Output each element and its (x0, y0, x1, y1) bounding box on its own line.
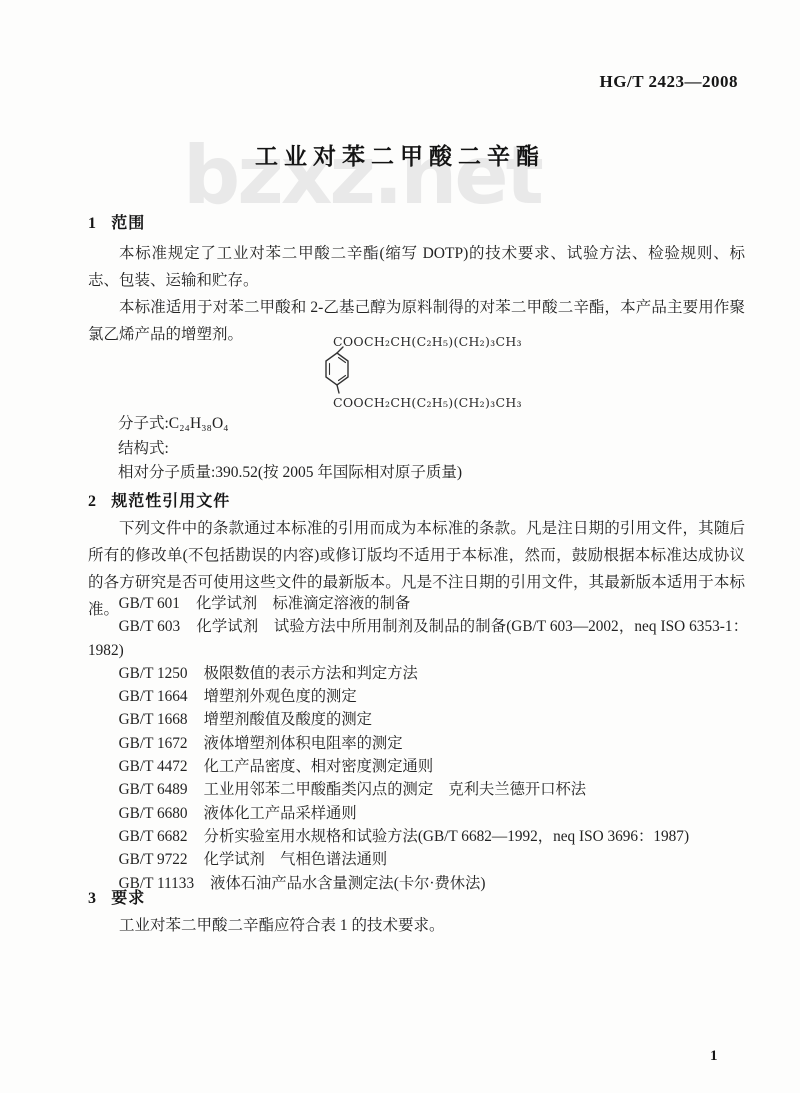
reference-title: 增塑剂酸值及酸度的测定 (204, 711, 372, 728)
section-2-heading: 2规范性引用文件 (88, 488, 230, 511)
reference-item: GB/T 9722化学试剂 气相色谱法通则 (88, 848, 748, 871)
reference-code: GB/T 6489 (119, 781, 188, 798)
reference-title: 液体石油产品水含量测定法(卡尔·费休法) (210, 875, 485, 892)
chemical-structure-diagram: COOCH₂CH(C₂H₅)(CH₂)₃CH₃ COOCH₂CH(C₂H₅)(C… (303, 334, 563, 414)
reference-item: GB/T 11133液体石油产品水含量测定法(卡尔·费休法) (88, 872, 748, 895)
reference-item: GB/T 1664增塑剂外观色度的测定 (88, 685, 748, 708)
structure-formula-top: COOCH₂CH(C₂H₅)(CH₂)₃CH₃ (333, 334, 522, 349)
reference-code: GB/T 6682 (119, 828, 188, 845)
reference-code: GB/T 1668 (119, 711, 188, 728)
reference-title: 化学试剂 气相色谱法通则 (204, 851, 388, 868)
reference-item: GB/T 601化学试剂 标准滴定溶液的制备 (88, 592, 748, 615)
standard-code: HG/T 2423—2008 (600, 72, 738, 92)
reference-code: GB/T 4472 (119, 758, 188, 775)
reference-code: GB/T 9722 (119, 851, 188, 868)
benzene-ring-icon (319, 346, 357, 396)
reference-item: GB/T 1672液体增塑剂体积电阻率的测定 (88, 732, 748, 755)
page-number: 1 (710, 1048, 718, 1065)
document-page: HG/T 2423—2008 工业对苯二甲酸二辛酯 1范围 本标准规定了工业对苯… (0, 0, 800, 1093)
reference-title: 分析实验室用水规格和试验方法(GB/T 6682—1992，neq ISO 36… (204, 828, 689, 845)
section-3-heading: 3要求 (88, 885, 145, 908)
section-1-number: 1 (88, 215, 96, 233)
reference-title: 增塑剂外观色度的测定 (204, 688, 357, 705)
reference-code: GB/T 6680 (119, 805, 188, 822)
references-list: GB/T 601化学试剂 标准滴定溶液的制备 GB/T 603化学试剂 试验方法… (88, 592, 748, 895)
reference-item: GB/T 1250极限数值的表示方法和判定方法 (88, 662, 748, 685)
section-1-label: 范围 (111, 210, 145, 233)
structure-formula-bottom: COOCH₂CH(C₂H₅)(CH₂)₃CH₃ (333, 395, 522, 410)
scope-paragraph-1: 本标准规定了工业对苯二甲酸二辛酯(缩写 DOTP)的技术要求、试验方法、检验规则… (88, 240, 745, 294)
page-title: 工业对苯二甲酸二辛酯 (0, 138, 800, 171)
section-2-label: 规范性引用文件 (111, 488, 230, 511)
reference-title: 液体增塑剂体积电阻率的测定 (204, 735, 403, 752)
reference-item: GB/T 4472化工产品密度、相对密度测定通则 (88, 755, 748, 778)
reference-code: GB/T 1250 (119, 665, 188, 682)
reference-item: GB/T 1668增塑剂酸值及酸度的测定 (88, 708, 748, 731)
reference-item: GB/T 6489工业用邻苯二甲酸酯类闪点的测定 克利夫兰德开口杯法 (88, 778, 748, 801)
reference-item: GB/T 603化学试剂 试验方法中所用制剂及制品的制备(GB/T 603—20… (88, 615, 748, 662)
molecular-formula-line: 分子式:C₂₄H₃₈O₄ (118, 412, 229, 436)
reference-title: 化学试剂 试验方法中所用制剂及制品的制备(GB/T 603—2002，neq I… (88, 618, 748, 658)
section-1-heading: 1范围 (88, 210, 145, 233)
section-3-label: 要求 (111, 885, 145, 908)
reference-code: GB/T 1672 (119, 735, 188, 752)
reference-title: 极限数值的表示方法和判定方法 (204, 665, 418, 682)
reference-title: 液体化工产品采样通则 (204, 805, 357, 822)
relative-mass-line: 相对分子质量:390.52(按 2005 年国际相对原子质量) (118, 461, 462, 485)
reference-title: 化工产品密度、相对密度测定通则 (204, 758, 433, 775)
reference-title: 化学试剂 标准滴定溶液的制备 (196, 595, 410, 612)
section-3-number: 3 (88, 890, 96, 908)
section-2-number: 2 (88, 493, 96, 511)
reference-code: GB/T 1664 (119, 688, 188, 705)
reference-title: 工业用邻苯二甲酸酯类闪点的测定 克利夫兰德开口杯法 (204, 781, 586, 798)
reference-item: GB/T 6682分析实验室用水规格和试验方法(GB/T 6682—1992，n… (88, 825, 748, 848)
reference-code: GB/T 601 (119, 595, 180, 612)
reference-code: GB/T 603 (119, 618, 181, 635)
structural-formula-line: 结构式: (118, 437, 169, 461)
reference-item: GB/T 6680液体化工产品采样通则 (88, 802, 748, 825)
requirements-paragraph: 工业对苯二甲酸二辛酯应符合表 1 的技术要求。 (88, 912, 745, 939)
